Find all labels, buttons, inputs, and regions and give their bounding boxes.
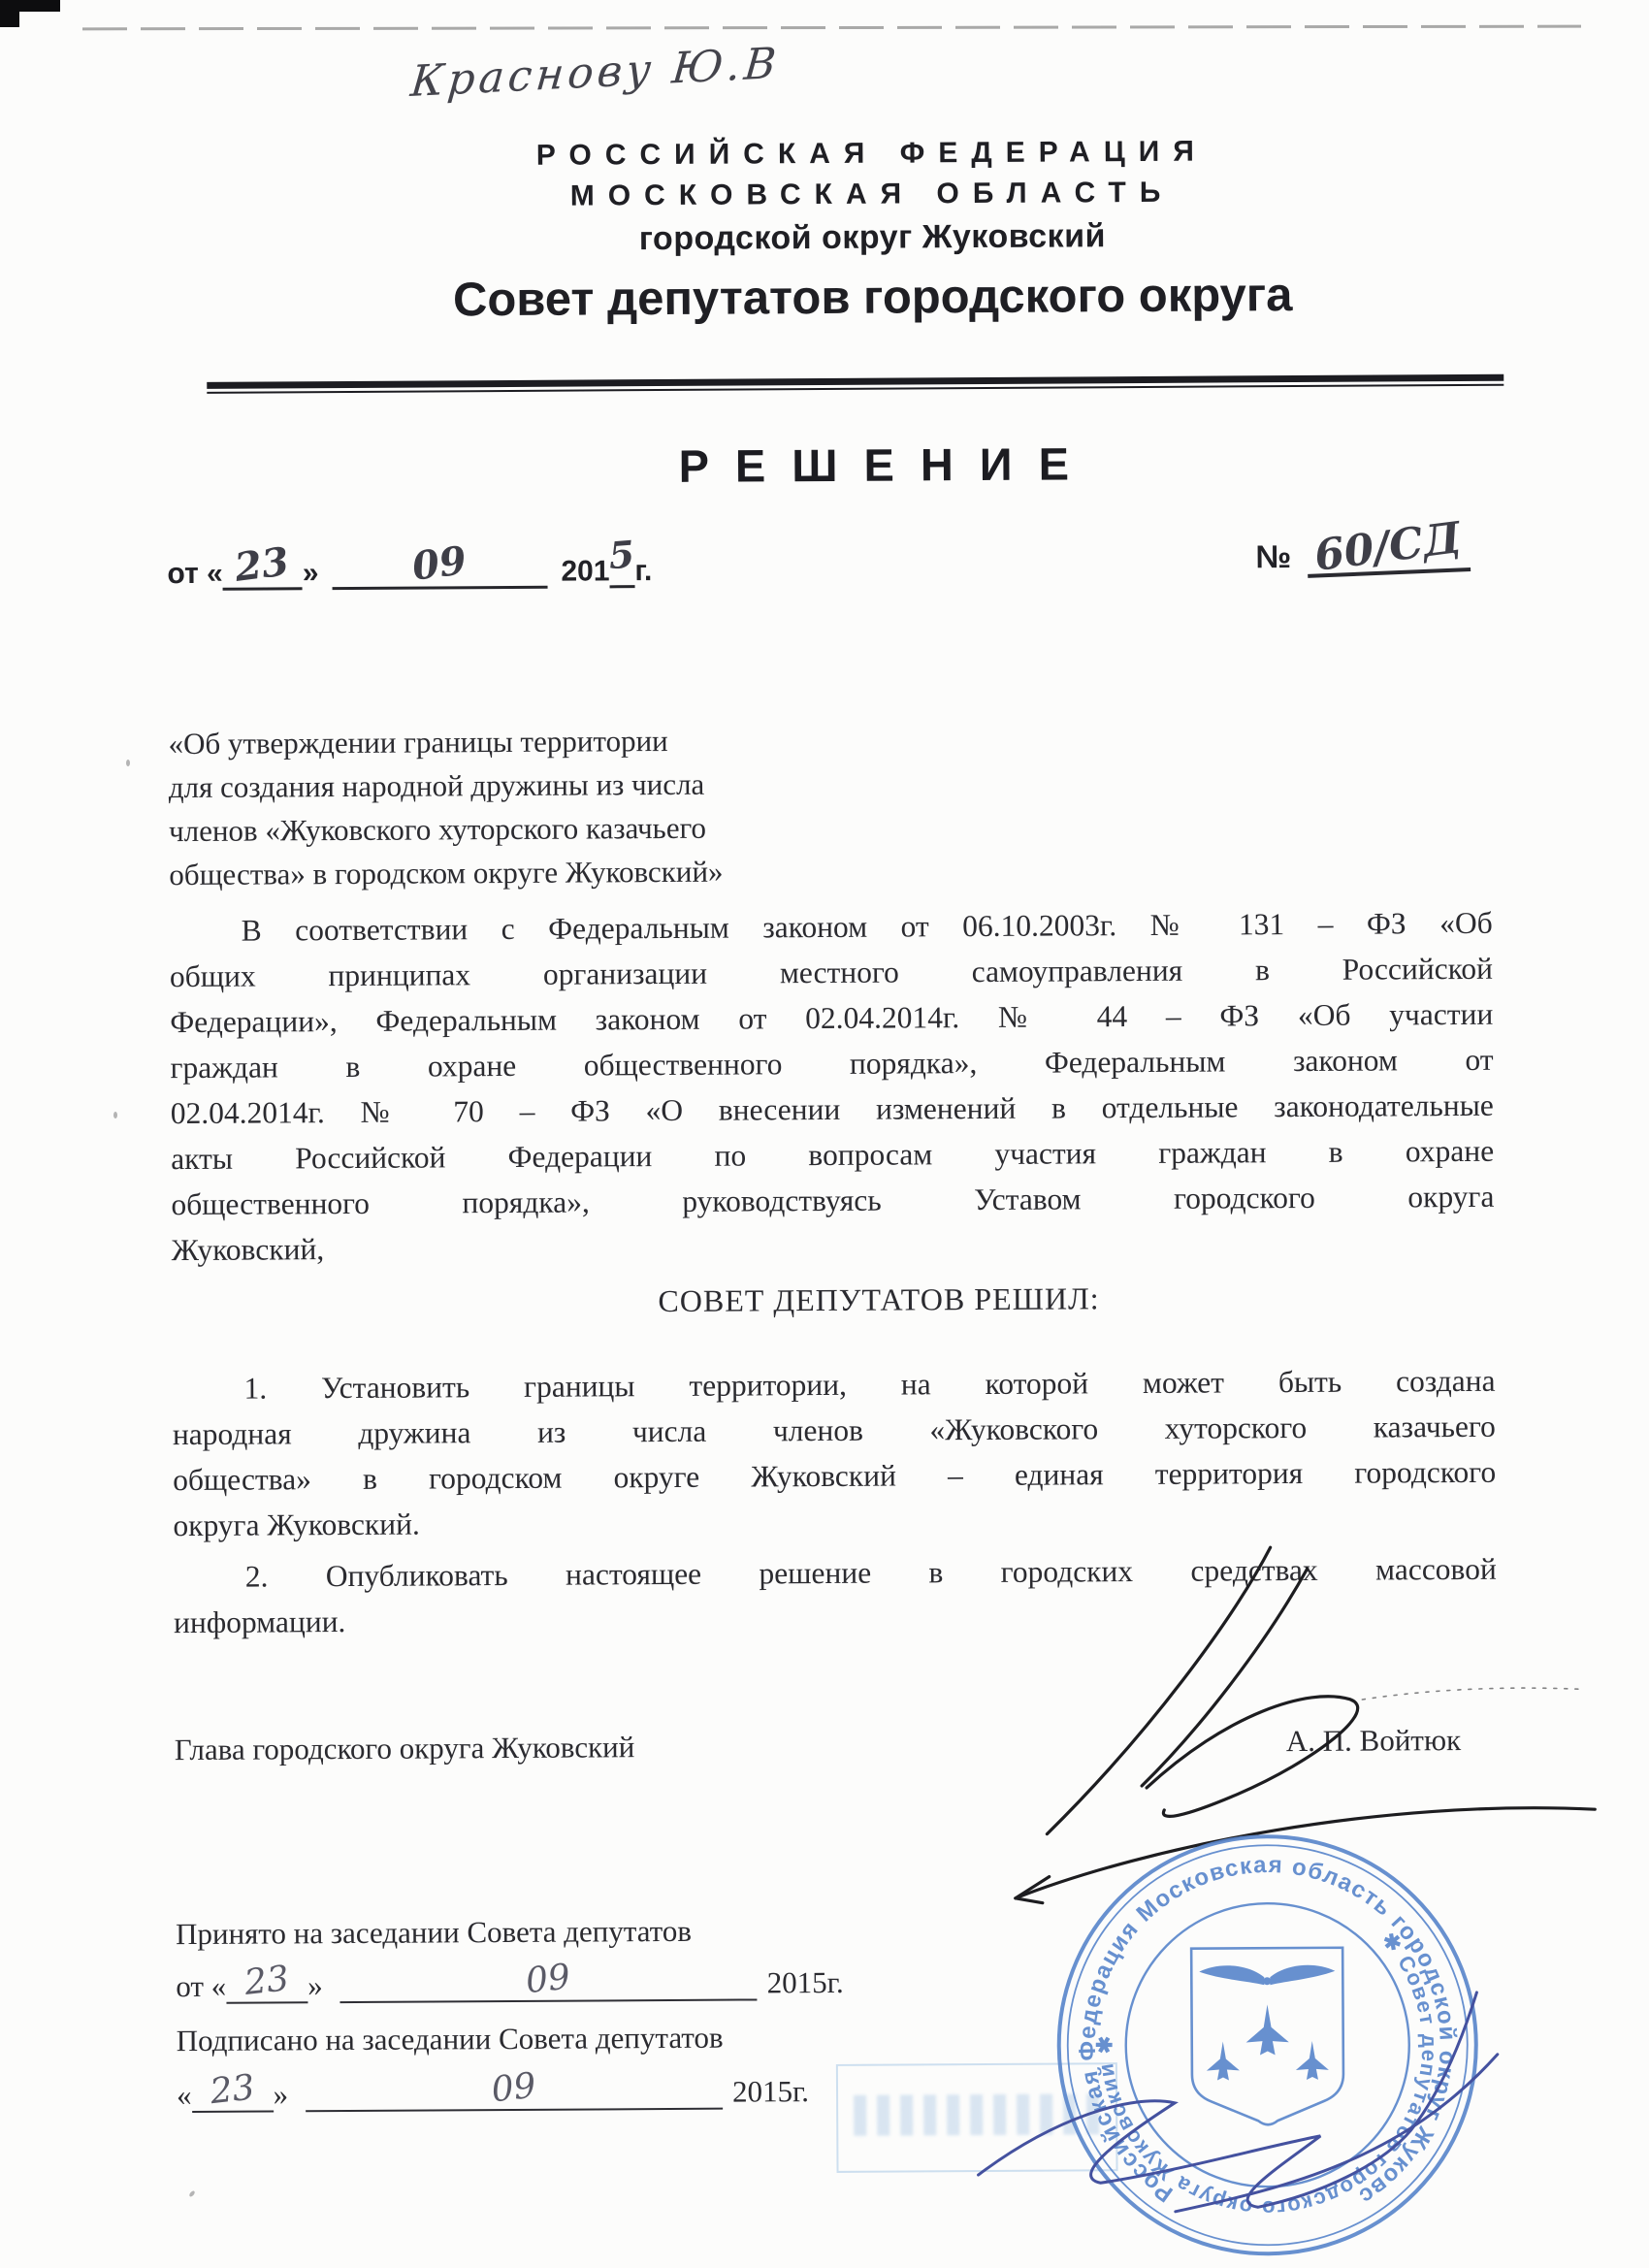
adopted-date-line: от «23»092015г. (176, 1963, 844, 2004)
letterhead-region: МОСКОВСКАЯ ОБЛАСТЬ (227, 175, 1517, 215)
letterhead: РОССИЙСКАЯ ФЕДЕРАЦИЯ МОСКОВСКАЯ ОБЛАСТЬ … (227, 134, 1518, 329)
number-underline: 60/СД (1306, 529, 1471, 578)
header-divider (207, 374, 1503, 394)
date-day-underline: 23 (223, 552, 303, 591)
date-prefix: от « (167, 558, 222, 590)
preamble-line: В соответствии с Федеральным законом от … (170, 900, 1493, 954)
subject-line: для создания народной дружины из числа (169, 761, 906, 809)
handwritten-number: 60/СД (1312, 521, 1463, 574)
preamble-paragraph: В соответствии с Федеральным законом от … (170, 900, 1495, 1273)
document-title: РЕШЕНИЕ (229, 435, 1519, 496)
date-year-printed: 201 (561, 555, 609, 587)
preamble-line: Жуковский, (172, 1219, 1495, 1273)
preamble-line: 02.04.2014г. № 70 – ФЗ «О внесении измен… (171, 1083, 1494, 1136)
signed-open-quote: « (177, 2078, 192, 2112)
preamble-line: Федерации», Федеральным законом от 02.04… (170, 991, 1493, 1045)
preamble-line: общих принципах организации местного сам… (170, 946, 1493, 999)
letterhead-municipality: городской округ Жуковский (227, 215, 1517, 261)
preamble-line: граждан в охране общественного порядка»,… (170, 1037, 1493, 1090)
date-close-quote: » (303, 557, 319, 589)
subject-line: членов «Жуковского хуторского казачьего (169, 804, 906, 853)
date-year-underline: 5 (609, 550, 634, 588)
number-label: № (1255, 538, 1291, 574)
preamble-line: акты Российской Федерации по вопросам уч… (171, 1128, 1494, 1182)
letterhead-country: РОССИЙСКАЯ ФЕДЕРАЦИЯ (227, 134, 1517, 175)
signed-month-underline: 09 (306, 2073, 723, 2113)
date-month-underline: 09 (332, 551, 547, 590)
handwritten-year-digit: 5 (608, 539, 636, 570)
signed-day-underline: 23 (191, 2075, 273, 2113)
signed-close-quote: » (273, 2077, 288, 2111)
handwritten-month: 09 (490, 2072, 537, 2106)
resolution-heading: СОВЕТ ДЕПУТАТОВ РЕШИЛ: (234, 1279, 1524, 1322)
adopted-prefix: от « (176, 1969, 226, 2003)
item-line: 1. Установить границы территории, на кот… (172, 1358, 1495, 1411)
signed-year: 2015г. (732, 2074, 809, 2108)
adopted-close-quote: » (307, 1968, 323, 2002)
subject-block: «Об утверждении границы территории для с… (168, 717, 906, 896)
signatory-title: Глава городского округа Жуковский (175, 1730, 635, 1767)
handwritten-addressee: Краснову Ю.В (408, 39, 782, 107)
adopted-month-underline: 09 (340, 1963, 758, 2003)
item-line: общества» в городском округе Жуковский –… (173, 1449, 1496, 1503)
preamble-line: общественного порядка», руководствуясь У… (171, 1174, 1494, 1227)
handwritten-day: 23 (243, 1964, 291, 1998)
adopted-day-underline: 23 (226, 1966, 307, 2004)
blue-ink-signature (936, 1965, 1539, 2260)
adopted-line: Принято на заседании Совета депутатов (176, 1914, 692, 1952)
date-line: от «23»092015г. (167, 550, 652, 591)
signed-date-line: «23»092015г. (177, 2072, 809, 2113)
document-number: №60/СД (1255, 532, 1470, 575)
document-body: Краснову Ю.В РОССИЙСКАЯ ФЕДЕРАЦИЯ МОСКОВ… (0, 0, 1649, 2268)
subject-line: общества» в городском округе Жуковский» (169, 848, 906, 896)
handwritten-month: 09 (525, 1962, 572, 1996)
signed-line: Подписано на заседании Совета депутатов (177, 2021, 724, 2058)
letterhead-organization: Совет депутатов городского округа (228, 267, 1518, 329)
date-year-suffix: г. (634, 555, 652, 587)
subject-line: «Об утверждении границы территории (168, 717, 905, 765)
adopted-year: 2015г. (767, 1965, 844, 1999)
item-line: народная дружина из числа членов «Жуковс… (173, 1404, 1496, 1457)
handwritten-day: 23 (234, 547, 291, 583)
scanned-document-page: Краснову Ю.В РОССИЙСКАЯ ФЕДЕРАЦИЯ МОСКОВ… (0, 0, 1649, 2268)
handwritten-day: 23 (209, 2073, 256, 2107)
handwritten-month: 09 (411, 546, 469, 582)
